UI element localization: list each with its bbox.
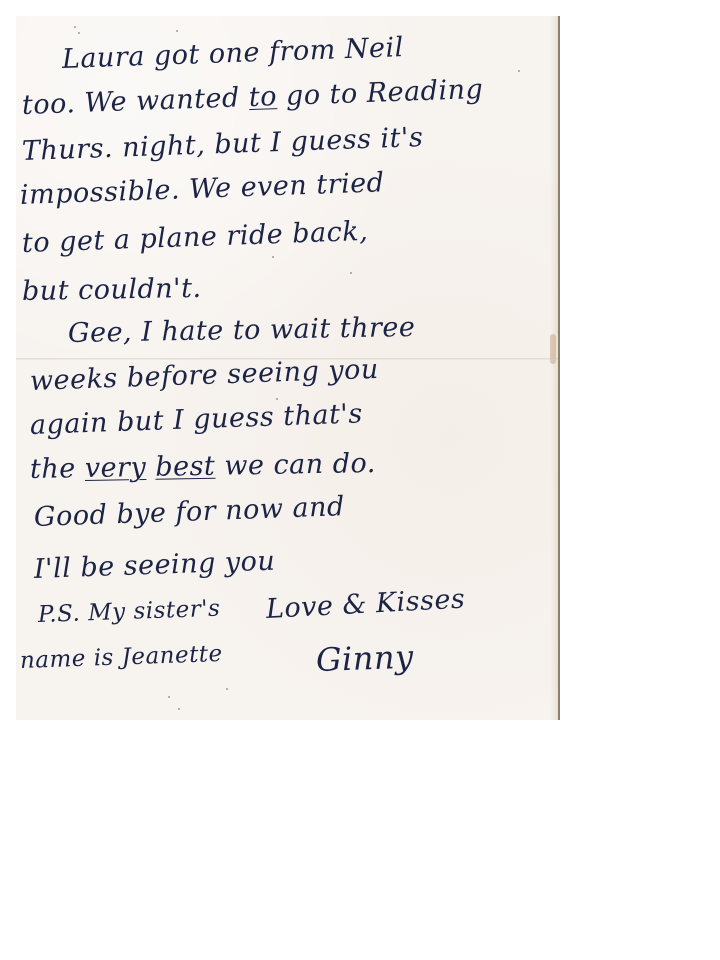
letter-line-11: Good bye for now and <box>34 493 346 531</box>
letter-line-4: impossible. We even tried <box>20 169 385 209</box>
paper-speck <box>276 398 278 400</box>
paper-speck <box>178 708 180 710</box>
paper-speck <box>226 688 228 690</box>
closing-salutation: Love & Kisses <box>265 586 466 623</box>
letter-line-7: Gee, I hate to wait three <box>68 314 416 347</box>
letter-line-2: too. We wanted to go to Reading <box>22 76 484 119</box>
letter-line-8: weeks before seeing you <box>30 356 380 395</box>
underlined-word: to <box>248 81 277 113</box>
letter-line-3: Thurs. night, but I guess it's <box>22 124 424 165</box>
paper-speck <box>272 256 274 258</box>
letter-line-6: but couldn't. <box>22 275 202 305</box>
paper-speck <box>518 70 520 72</box>
letter-line-12: I'll be seeing you <box>34 548 276 583</box>
letter-line-9: again but I guess that's <box>30 400 364 439</box>
paper-speck <box>74 26 76 28</box>
underlined-word: very <box>85 452 147 484</box>
paper-edge-stain <box>550 16 558 720</box>
signature: Ginny <box>315 641 414 676</box>
postscript-line-1: P.S. My sister's <box>38 598 221 627</box>
letter-line-5: to get a plane ride back, <box>22 218 369 257</box>
letter-page: Laura got one from Neil too. We wanted t… <box>16 16 560 720</box>
underlined-word: best <box>155 451 216 483</box>
letter-line-10: the very best we can do. <box>30 450 376 483</box>
letter-line-1: Laura got one from Neil <box>62 34 405 73</box>
paper-speck <box>350 272 352 274</box>
postscript-line-2: name is Jeanette <box>20 643 223 673</box>
paper-speck <box>78 32 80 34</box>
paper-speck <box>176 30 178 32</box>
paper-speck <box>168 696 170 698</box>
